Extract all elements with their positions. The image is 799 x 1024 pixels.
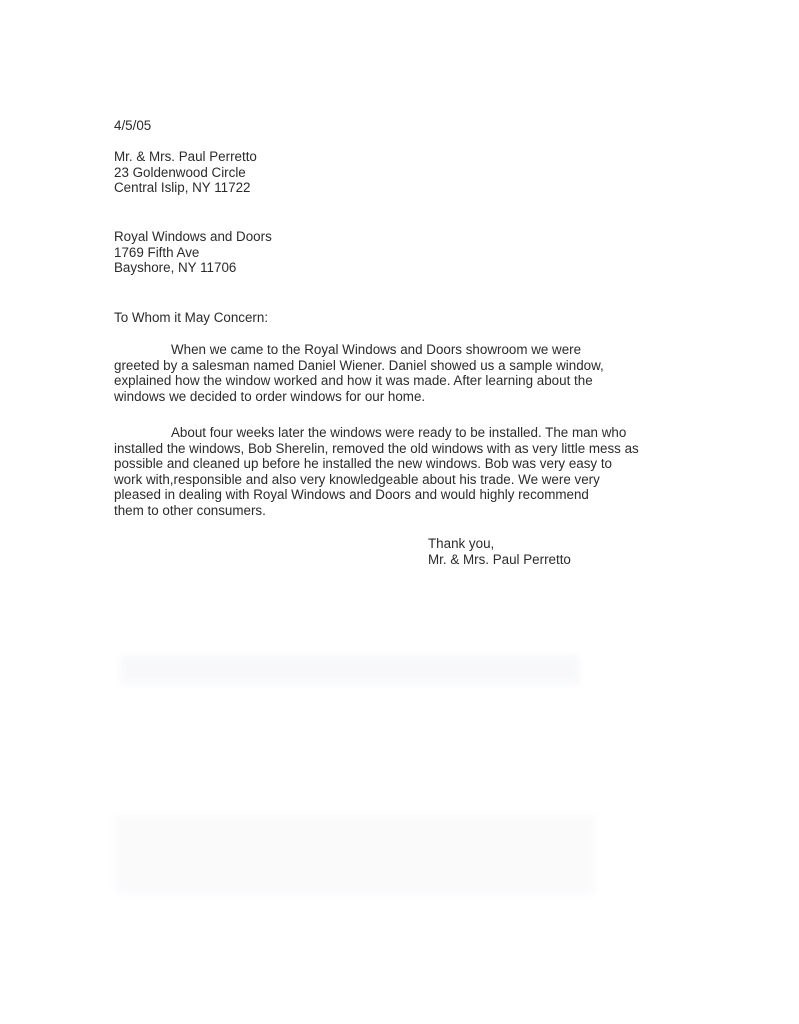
paragraph-line: explained how the window worked and how …: [114, 373, 674, 389]
valediction: Thank you,: [428, 536, 571, 552]
scan-bleed-through: [120, 655, 580, 685]
paragraph-line: them to other consumers.: [114, 503, 674, 519]
paragraph-line: pleased in dealing with Royal Windows an…: [114, 487, 674, 503]
salutation: To Whom it May Concern:: [114, 310, 268, 325]
sender-address: Mr. & Mrs. Paul Perretto 23 Goldenwood C…: [114, 149, 257, 196]
sender-name: Mr. & Mrs. Paul Perretto: [114, 149, 257, 165]
letter-closing: Thank you, Mr. & Mrs. Paul Perretto: [428, 536, 571, 567]
recipient-address: Royal Windows and Doors 1769 Fifth Ave B…: [114, 229, 272, 276]
body-paragraph-1: When we came to the Royal Windows and Do…: [114, 342, 674, 404]
recipient-name: Royal Windows and Doors: [114, 229, 272, 245]
paragraph-line: When we came to the Royal Windows and Do…: [114, 342, 674, 358]
paragraph-line: About four weeks later the windows were …: [114, 425, 674, 441]
body-paragraph-2: About four weeks later the windows were …: [114, 425, 674, 518]
paragraph-line: installed the windows, Bob Sherelin, rem…: [114, 441, 674, 457]
paragraph-line: greeted by a salesman named Daniel Wiene…: [114, 358, 674, 374]
paragraph-line: possible and cleaned up before he instal…: [114, 456, 674, 472]
recipient-city: Bayshore, NY 11706: [114, 260, 272, 276]
sender-street: 23 Goldenwood Circle: [114, 165, 257, 181]
sender-city: Central Islip, NY 11722: [114, 180, 257, 196]
paragraph-line: windows we decided to order windows for …: [114, 389, 674, 405]
paragraph-line: work with,responsible and also very know…: [114, 472, 674, 488]
recipient-street: 1769 Fifth Ave: [114, 245, 272, 261]
signature-name: Mr. & Mrs. Paul Perretto: [428, 552, 571, 568]
scan-bleed-through: [115, 815, 595, 895]
letter-page: 4/5/05 Mr. & Mrs. Paul Perretto 23 Golde…: [0, 0, 799, 1024]
letter-date: 4/5/05: [114, 118, 151, 133]
